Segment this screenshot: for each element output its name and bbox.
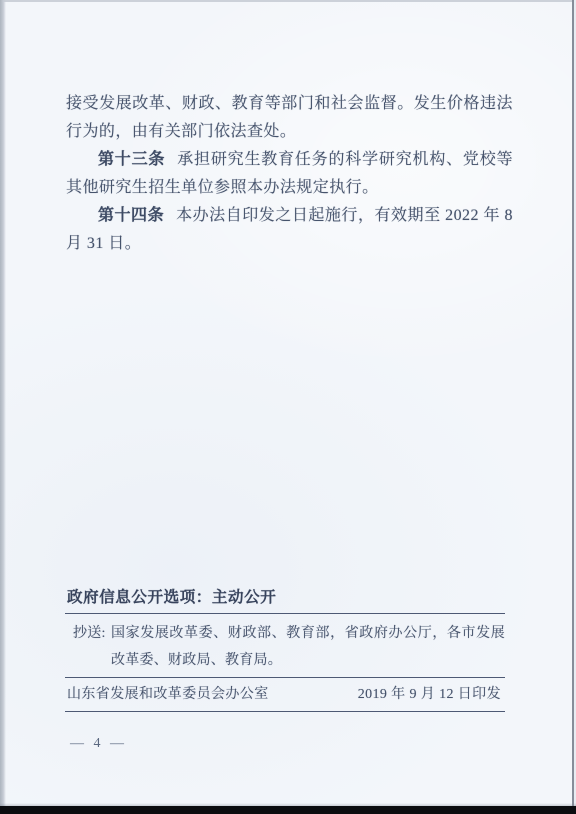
disclosure-option-line: 政府信息公开选项：主动公开 [65,585,505,614]
document-footer: 政府信息公开选项：主动公开 抄送: 国家发展改革委、财政部、教育部，省政府办公厅… [65,585,505,712]
article-number: 第十四条 [98,207,164,224]
scan-edge-right [572,0,574,814]
scan-edge-bottom-bar [0,806,576,814]
cc-recipients: 国家发展改革委、财政部、教育部，省政府办公厅，各市发展改革委、财政局、教育局。 [111,620,505,674]
scan-edge-left [0,0,6,814]
scanned-document-page: { "colors": { "paper": "#f3f6fa", "ink":… [0,0,576,814]
paragraph-article-13: 第十三条承担研究生教育任务的科学研究机构、党校等其他研究生招生单位参照本办法规定… [66,146,513,202]
document-body: 接受发展改革、财政、教育等部门和社会监督。发生价格违法行为的，由有关部门依法查处… [66,90,513,258]
issuer-line: 山东省发展和改革委员会办公室 2019 年 9 月 12 日印发 [65,678,505,712]
paragraph-article-14: 第十四条本办法自印发之日起施行，有效期至 2022 年 8 月 31 日。 [66,202,513,258]
page-number: — 4 — [70,736,127,752]
paragraph-continuation: 接受发展改革、财政、教育等部门和社会监督。发生价格违法行为的，由有关部门依法查处… [66,90,513,146]
cc-line: 抄送: 国家发展改革委、财政部、教育部，省政府办公厅，各市发展改革委、财政局、教… [65,614,505,678]
scan-edge-top [0,0,576,2]
paragraph-text: 接受发展改革、财政、教育等部门和社会监督。发生价格违法行为的，由有关部门依法查处… [66,95,513,140]
article-number: 第十三条 [98,151,165,168]
cc-label: 抄送: [73,620,111,647]
print-date: 2019 年 9 月 12 日印发 [358,686,501,703]
issuing-office: 山东省发展和改革委员会办公室 [67,686,269,703]
